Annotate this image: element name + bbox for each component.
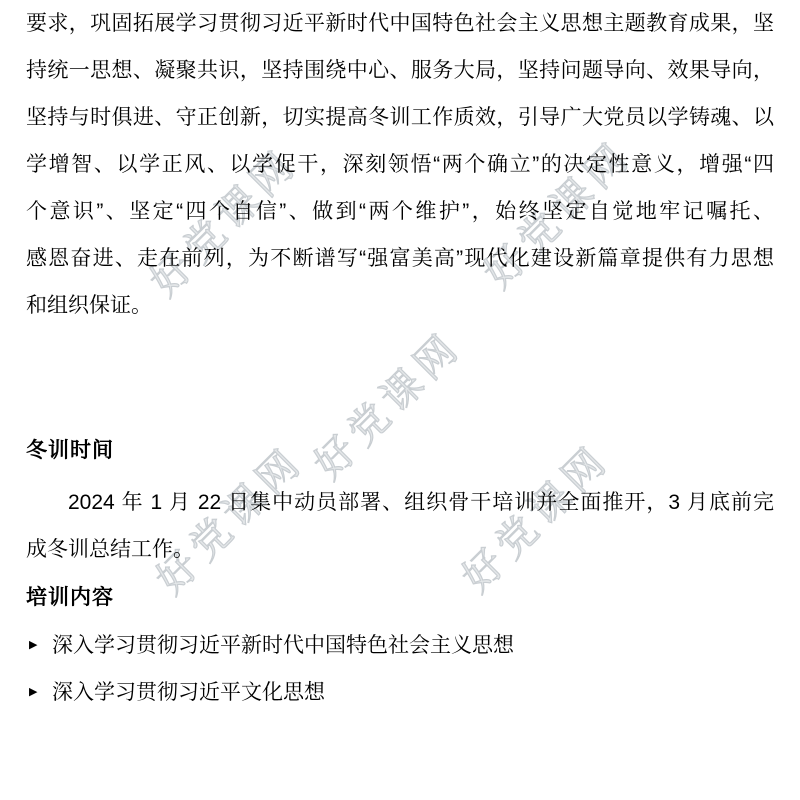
paragraph-line: 持统一思想、凝聚共识，坚持围绕中心、服务大局，坚持问题导向、效果导向，	[26, 47, 774, 94]
list-item: ▶ 深入学习贯彻习近平新时代中国特色社会主义思想	[26, 622, 774, 669]
paragraph-intro: 要求，巩固拓展学习贯彻习近平新时代中国特色社会主义思想主题教育成果，坚 持统一思…	[26, 0, 774, 329]
paragraph-line: 成冬训总结工作。	[26, 526, 774, 573]
paragraph-line: 学增智、以学正风、以学促干，深刻领悟“两个确立”的决定性意义，增强“四	[26, 141, 774, 188]
heading-winter-training-time: 冬训时间	[26, 427, 774, 474]
section-gap	[26, 329, 774, 427]
paragraph-line: 和组织保证。	[26, 282, 774, 329]
paragraph-line: 感恩奋进、走在前列，为不断谱写“强富美高”现代化建设新篇章提供有力思想	[26, 235, 774, 282]
paragraph-line: 个意识”、坚定“四个自信”、做到“两个维护”，始终坚定自觉地牢记嘱托、	[26, 188, 774, 235]
paragraph-training-time: 2024 年 1 月 22 日集中动员部署、组织骨干培训并全面推开，3 月底前完…	[26, 479, 774, 573]
document-content: 要求，巩固拓展学习贯彻习近平新时代中国特色社会主义思想主题教育成果，坚 持统一思…	[0, 0, 800, 716]
list-item-text: 深入学习贯彻习近平新时代中国特色社会主义思想	[52, 622, 514, 669]
paragraph-line: 2024 年 1 月 22 日集中动员部署、组织骨干培训并全面推开，3 月底前完	[26, 479, 774, 526]
triangle-bullet-icon: ▶	[26, 669, 52, 716]
heading-training-content: 培训内容	[26, 574, 774, 621]
list-item: ▶ 深入学习贯彻习近平文化思想	[26, 669, 774, 716]
triangle-bullet-icon: ▶	[26, 622, 52, 669]
document-page: 好党课网 好党课网 好党课网 好党课网 好党课网 要求，巩固拓展学习贯彻习近平新…	[0, 0, 800, 800]
list-item-text: 深入学习贯彻习近平文化思想	[52, 669, 325, 716]
paragraph-line: 要求，巩固拓展学习贯彻习近平新时代中国特色社会主义思想主题教育成果，坚	[26, 0, 774, 47]
paragraph-line: 坚持与时俱进、守正创新，切实提高冬训工作质效，引导广大党员以学铸魂、以	[26, 94, 774, 141]
training-content-list: ▶ 深入学习贯彻习近平新时代中国特色社会主义思想 ▶ 深入学习贯彻习近平文化思想	[26, 622, 774, 716]
